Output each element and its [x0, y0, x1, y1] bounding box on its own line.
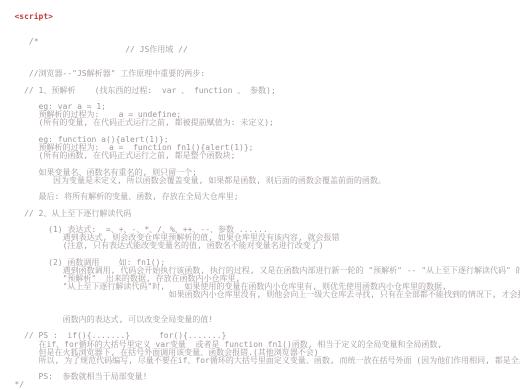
script-tag-line: <script>: [0, 13, 520, 21]
code-comment-line: [0, 29, 520, 37]
code-comment-line: [0, 300, 520, 308]
code-comment-line: // 1、预解析 (找东西的过程: var 、 function 、 参数);: [0, 87, 520, 95]
code-comment-line: 因为变量是未定义, 所以函数会覆盖变量, 如果都是函数, 则后面的函数会覆盖前面…: [0, 177, 520, 185]
code-comment-line: 函数内的表达式, 可以改变全局变量的值!: [0, 316, 520, 324]
code-block: <script> /* // JS作用域 // //浏览器--"JS解析器" 工…: [0, 13, 520, 390]
editor-screen: <script> /* // JS作用域 // //浏览器--"JS解析器" 工…: [0, 0, 520, 390]
code-comment-line: PS: 参数就相当于局部变量!: [0, 373, 520, 381]
code-comment-line: // 2、从上至下逐行解读代码: [0, 210, 520, 218]
code-comment-line: [0, 21, 520, 29]
code-comment-line: (所有的函数, 在代码正式运行之前, 都是整个函数块;: [0, 152, 520, 160]
code-comment-line: 最后: 将所有解析的变量、函数, 存放在全局大仓库里;: [0, 193, 520, 201]
code-comment-line: // JS作用域 //: [0, 46, 520, 54]
code-comment-line: //浏览器--"JS解析器" 工作原理中重要的两步:: [0, 70, 520, 78]
code-comment-line: (注意, 只有表达式能改变变量名的值, 函数名不能对变量名进行改变了): [0, 242, 520, 250]
code-comment-line: */: [0, 381, 520, 389]
code-comment-line: 如果函数内小仓库里没有, 则他会向上一级大仓库去寻找, 只有在全部都不能找到的情…: [0, 291, 520, 299]
code-comment-line: 所以, 为了规范代码编写, 尽量不要在if、for循环的大括号里面定义变量、函数…: [0, 357, 520, 365]
code-comment-line: [0, 54, 520, 62]
code-comment-line: (所有的变量, 在代码正式运行之前, 都被提前赋值为: 未定义);: [0, 119, 520, 127]
